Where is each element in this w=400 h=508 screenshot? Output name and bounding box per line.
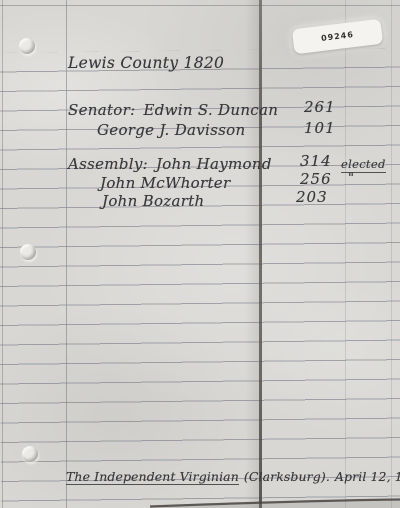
office-label: Senator: bbox=[68, 101, 135, 119]
hole-punch-bottom bbox=[22, 446, 38, 462]
race-row-assembly: Assembly: John Haymond bbox=[68, 155, 272, 173]
left-edge-line bbox=[2, 0, 3, 508]
page-fold-line bbox=[259, 0, 262, 508]
crease-line-1 bbox=[345, 0, 346, 508]
vote-count: 261 bbox=[304, 98, 336, 116]
crease-line-2 bbox=[391, 0, 392, 508]
office-label: Assembly: bbox=[68, 155, 148, 173]
candidate-name: John Bozarth bbox=[102, 192, 205, 210]
candidate-name: Edwin S. Duncan bbox=[143, 101, 278, 119]
vote-count: 256 bbox=[300, 170, 332, 188]
ditto-mark: " bbox=[348, 171, 354, 186]
citation-source: The Independent Virginian bbox=[66, 469, 239, 485]
candidate-name: John McWhorter bbox=[100, 174, 230, 192]
citation-date: April 12, 1820. bbox=[335, 469, 400, 485]
race-row-senator: Senator: Edwin S. Duncan bbox=[68, 101, 278, 119]
hole-punch-middle bbox=[20, 244, 36, 260]
vote-count: 203 bbox=[296, 188, 328, 206]
hole-punch-top bbox=[19, 38, 35, 54]
candidate-name: John Haymond bbox=[156, 155, 272, 173]
citation-location: (Clarksburg). bbox=[244, 469, 330, 485]
page-title: Lewis County 1820 bbox=[68, 54, 224, 72]
sticker-number: 09246 bbox=[321, 30, 355, 43]
page-bottom-edge bbox=[0, 494, 400, 508]
vote-count: 101 bbox=[304, 119, 336, 137]
candidate-name: George J. Davisson bbox=[97, 121, 245, 139]
vote-count: 314 bbox=[300, 152, 332, 170]
scanned-document-page: 09246 Lewis County 1820 Senator: Edwin S… bbox=[0, 0, 400, 508]
top-edge-line bbox=[0, 5, 400, 6]
margin-line bbox=[66, 0, 67, 508]
citation: The Independent Virginian (Clarksburg). … bbox=[66, 469, 400, 485]
page-fold-shadow bbox=[245, 0, 259, 508]
